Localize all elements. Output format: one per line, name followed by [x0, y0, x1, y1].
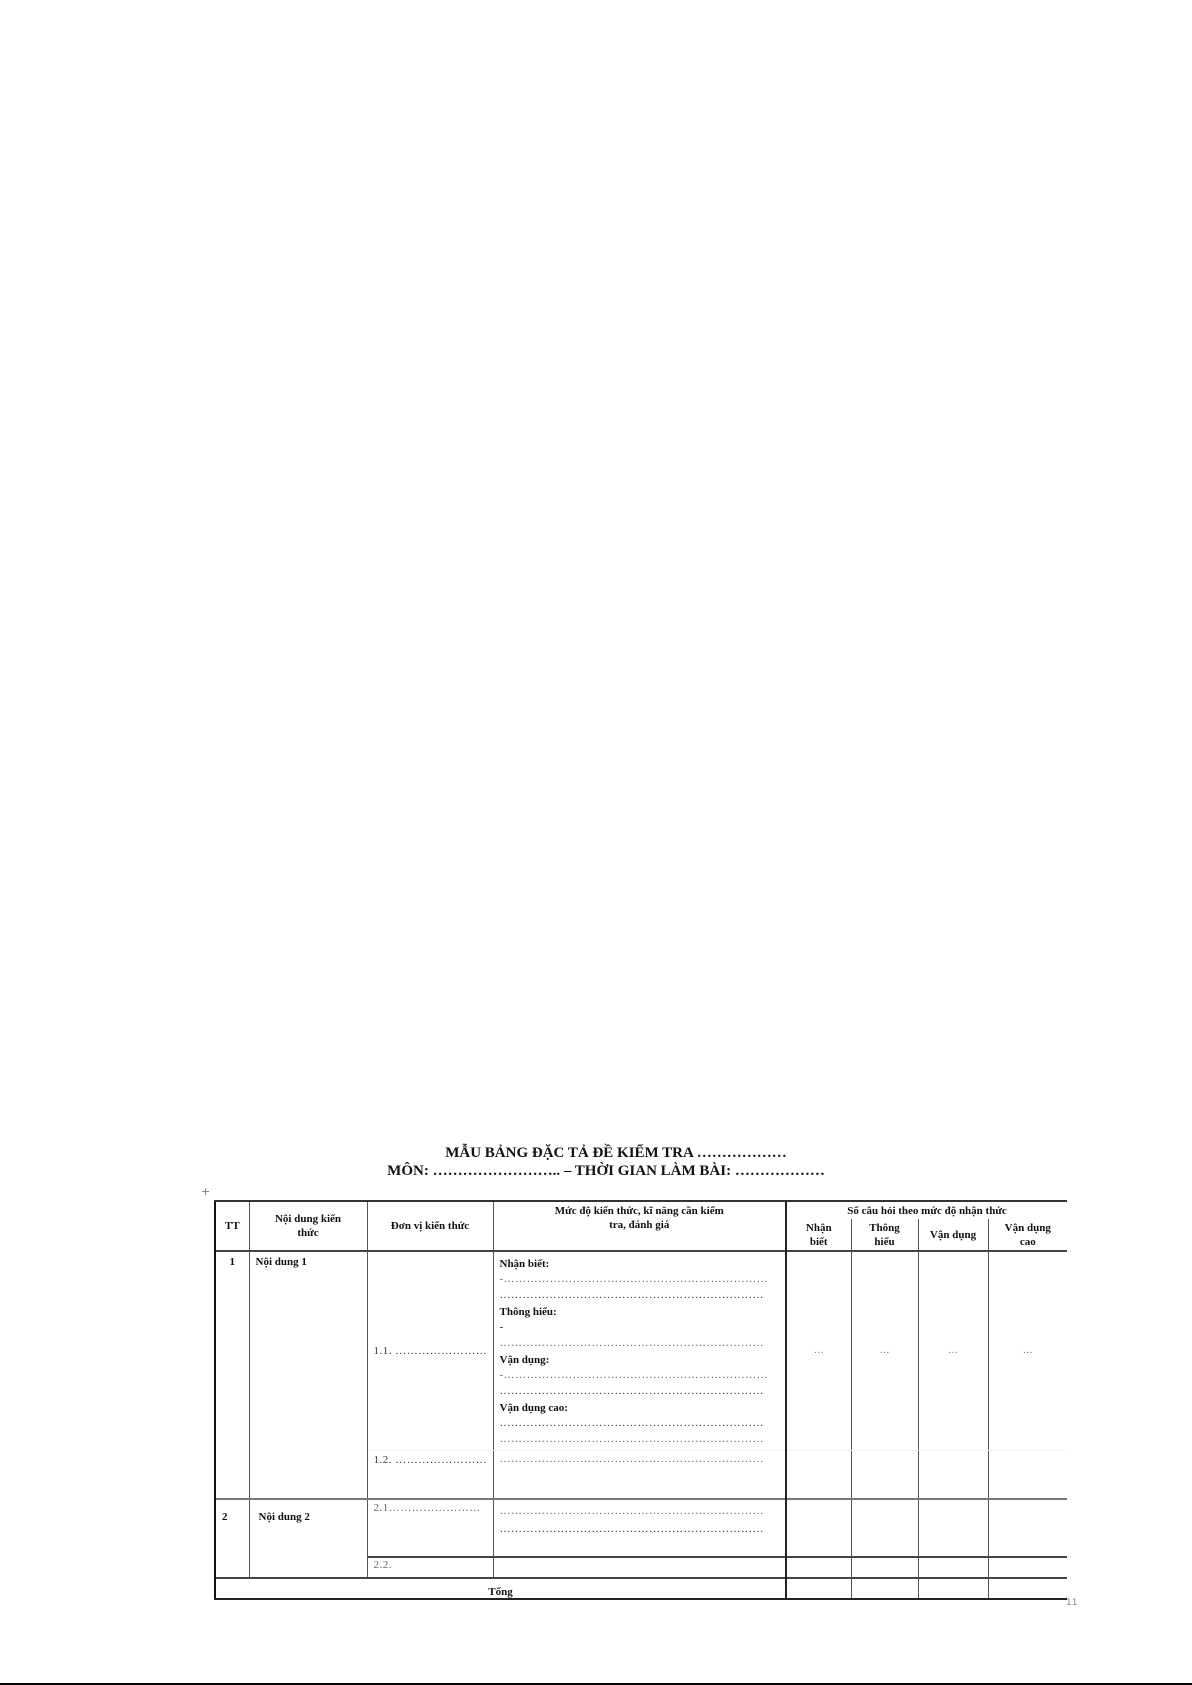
level-line: …………………………………………………………… — [500, 1415, 780, 1431]
unit-1-2-levels: …………………………………………………………… — [493, 1451, 786, 1499]
level-van-dung-cao-label: Vận dụng cao: — [500, 1401, 780, 1415]
total-nhan-biet — [786, 1578, 851, 1599]
unit-1-1: 1.1. …………………… — [367, 1251, 493, 1451]
unit-2-2-label: 2.2. — [374, 1559, 393, 1571]
unit-2-2: 2.2. — [367, 1557, 493, 1578]
count-van-dung — [918, 1499, 988, 1557]
level-line: …………………………………………………………… — [500, 1431, 780, 1447]
count-thong-hieu: … — [851, 1251, 918, 1451]
level-line: - — [500, 1319, 780, 1335]
header-content: Nội dung kiến thức — [249, 1201, 367, 1251]
count-van-dung-cao — [988, 1451, 1067, 1499]
unit-1-2-label: 1.2. …………………… — [374, 1454, 488, 1466]
level-line: -…………………………………………………………… — [500, 1367, 780, 1383]
document-title: MẪU BẢNG ĐẶC TẢ ĐỀ KIỂM TRA ……………… MÔN: … — [0, 1144, 1192, 1180]
count-thong-hieu — [851, 1451, 918, 1499]
level-line: …………………………………………………………… — [500, 1521, 780, 1537]
title-line-1: MẪU BẢNG ĐẶC TẢ ĐỀ KIỂM TRA ……………… — [0, 1144, 1192, 1162]
level-line: …………………………………………………………… — [500, 1383, 780, 1399]
table-row: 1 Nội dung 1 1.1. …………………… Nhận biết: -…… — [215, 1251, 1067, 1451]
unit-2-2-levels — [493, 1557, 786, 1578]
level-line: …………………………………………………………… — [500, 1503, 780, 1519]
page-number: 11 — [1066, 1598, 1077, 1608]
unit-2-1-levels: …………………………………………………………… …………………………………………… — [493, 1499, 786, 1557]
row-2-tt: 2 — [215, 1499, 249, 1578]
count-nhan-biet — [786, 1557, 851, 1578]
count-van-dung — [918, 1557, 988, 1578]
level-line: …………………………………………………………… — [500, 1335, 780, 1351]
header-nhan-biet: Nhận biết — [786, 1219, 851, 1251]
total-van-dung-cao — [988, 1578, 1067, 1599]
table-move-handle-icon[interactable]: + — [201, 1187, 211, 1197]
header-unit: Đơn vị kiến thức — [367, 1201, 493, 1251]
title-line-2: MÔN: …………………….. – THỜI GIAN LÀM BÀI: ………… — [0, 1162, 1192, 1180]
table-row: 2 Nội dung 2 2.1…………………… ………………………………………… — [215, 1499, 1067, 1557]
total-van-dung — [918, 1578, 988, 1599]
header-tt: TT — [215, 1201, 249, 1251]
level-line: …………………………………………………………… — [500, 1287, 780, 1303]
row-1-content: Nội dung 1 — [249, 1251, 367, 1499]
count-van-dung-cao — [988, 1499, 1067, 1557]
count-van-dung — [918, 1451, 988, 1499]
level-line: -…………………………………………………………… — [500, 1271, 780, 1287]
specification-table: TT Nội dung kiến thức Đơn vị kiến thức M… — [214, 1200, 1067, 1600]
total-thong-hieu — [851, 1578, 918, 1599]
header-van-dung: Vận dụng — [918, 1219, 988, 1251]
level-line: …………………………………………………………… — [500, 1451, 780, 1467]
header-level: Mức độ kiến thức, kĩ năng cần kiểm tra, … — [493, 1201, 786, 1251]
count-van-dung-cao — [988, 1557, 1067, 1578]
level-nhan-biet-label: Nhận biết: — [500, 1257, 780, 1271]
count-thong-hieu — [851, 1557, 918, 1578]
header-van-dung-cao: Vận dụng cao — [988, 1219, 1067, 1251]
header-thong-hieu: Thông hiểu — [851, 1219, 918, 1251]
unit-2-1-label: 2.1…………………… — [374, 1502, 481, 1514]
unit-2-1: 2.1…………………… — [367, 1499, 493, 1557]
count-thong-hieu — [851, 1499, 918, 1557]
count-van-dung: … — [918, 1251, 988, 1451]
header-question-count: Số câu hỏi theo mức độ nhận thức — [786, 1201, 1067, 1219]
row-1-tt: 1 — [215, 1251, 249, 1499]
count-nhan-biet — [786, 1499, 851, 1557]
total-label: Tổng — [215, 1578, 786, 1599]
count-nhan-biet — [786, 1451, 851, 1499]
row-2-content: Nội dung 2 — [249, 1499, 367, 1578]
level-van-dung-label: Vận dụng: — [500, 1353, 780, 1367]
unit-1-2: 1.2. …………………… — [367, 1451, 493, 1499]
total-row: Tổng — [215, 1578, 1067, 1599]
unit-1-1-levels: Nhận biết: -…………………………………………………………… …………… — [493, 1251, 786, 1451]
count-van-dung-cao: … — [988, 1251, 1067, 1451]
count-nhan-biet: … — [786, 1251, 851, 1451]
unit-1-1-label: 1.1. …………………… — [374, 1345, 488, 1357]
level-thong-hieu-label: Thông hiểu: — [500, 1305, 780, 1319]
